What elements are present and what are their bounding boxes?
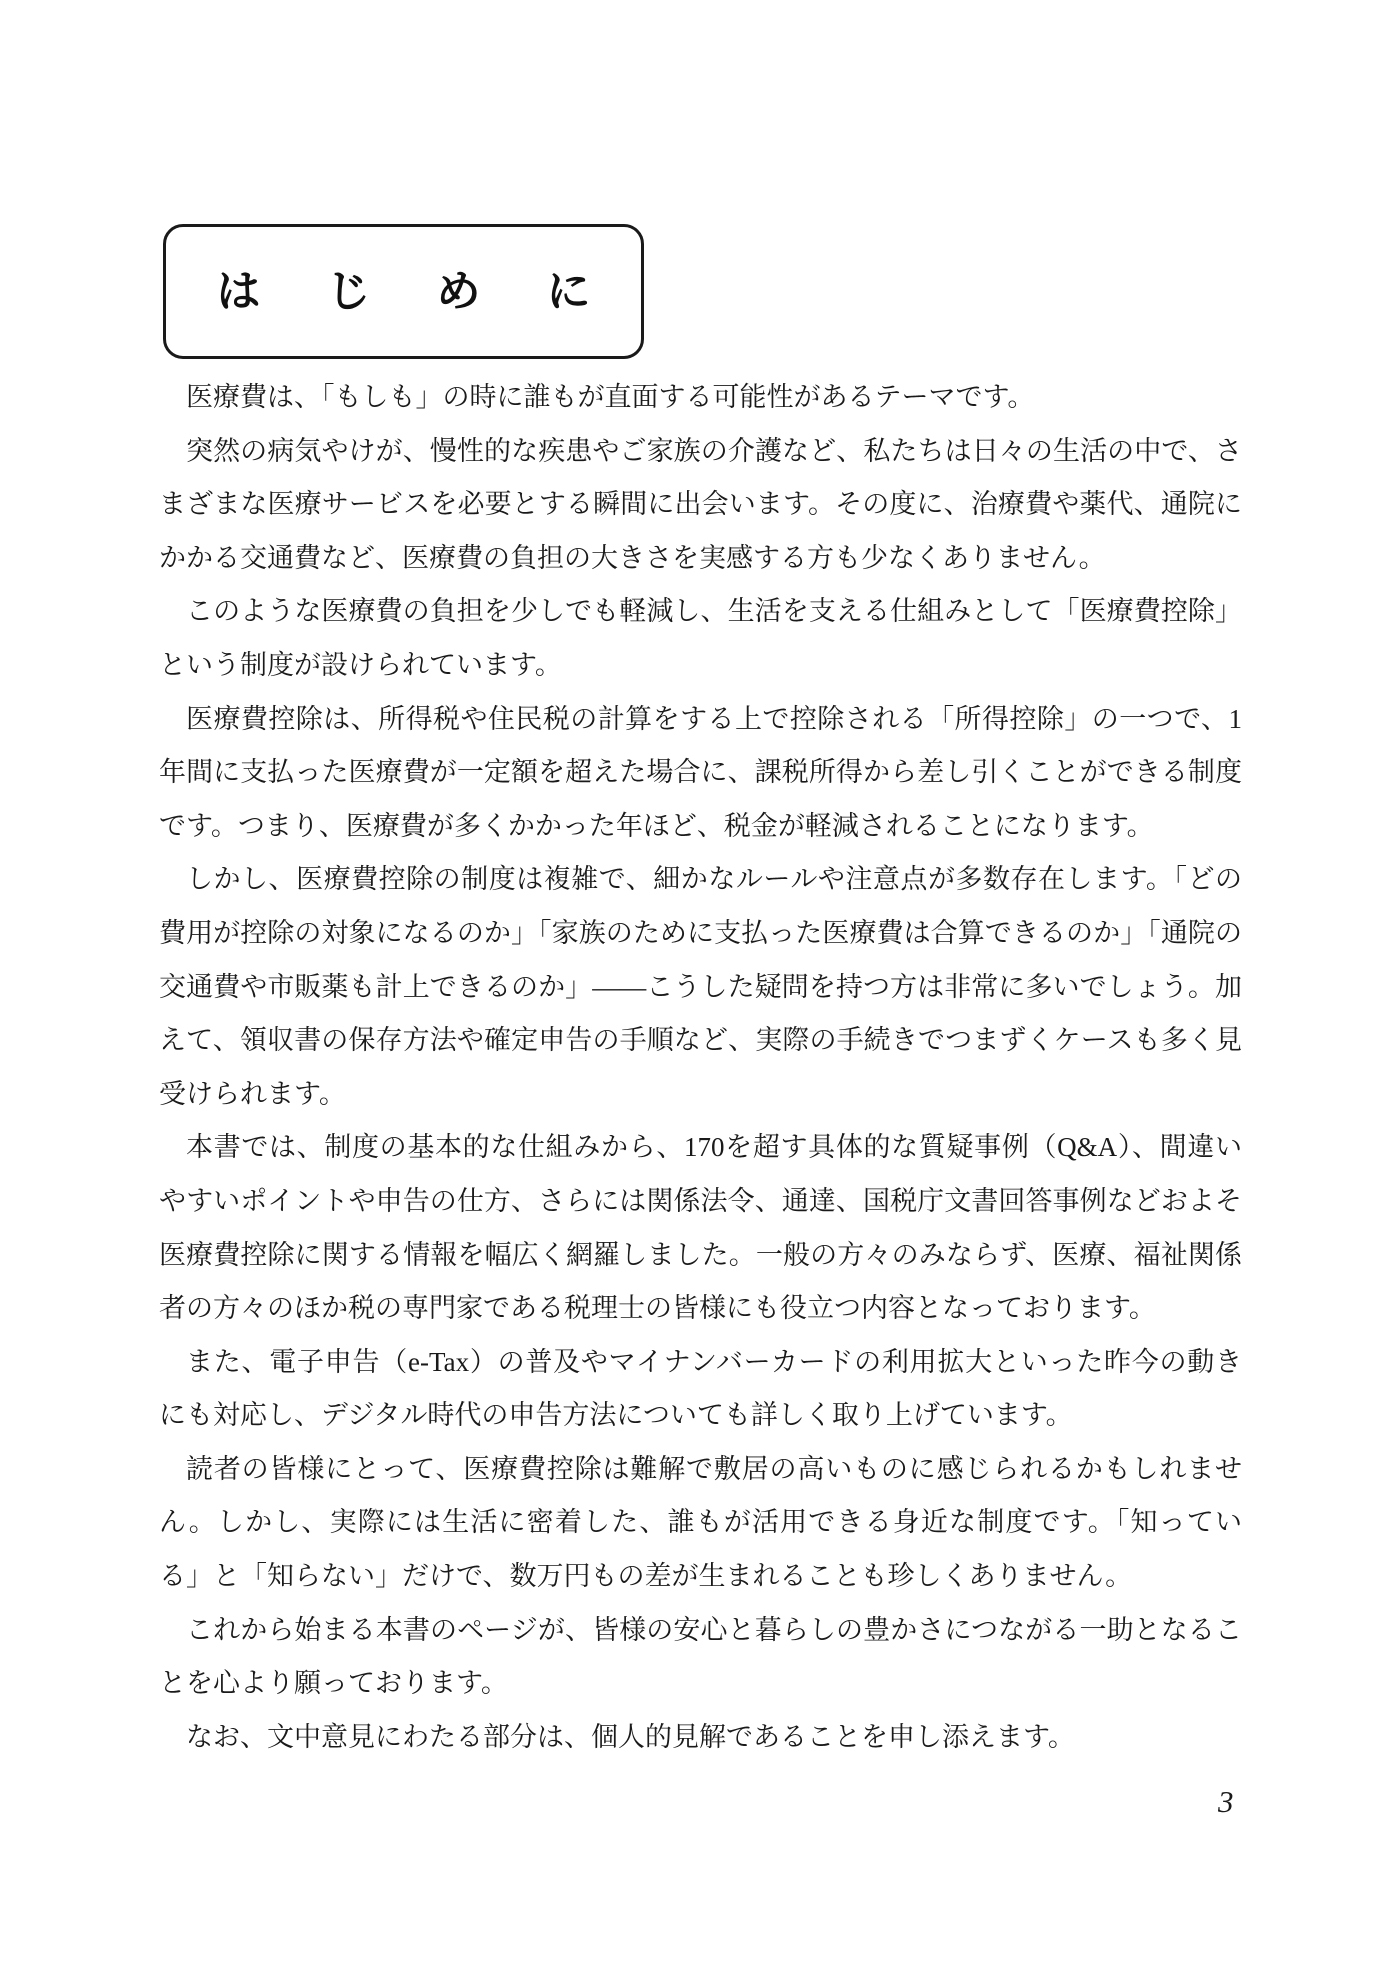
body-text: 医療費は、「もしも」の時に誰もが直面する可能性があるテーマです。突然の病気やけが…	[159, 371, 1242, 1764]
title-box: はじめに	[163, 224, 644, 359]
text-line: まざまな医療サービスを必要とする瞬間に出会います。その度に、治療費や薬代、通院に	[159, 478, 1242, 532]
text-line: にも対応し、デジタル時代の申告方法についても詳しく取り上げています。	[159, 1389, 1242, 1443]
title-char: に	[547, 270, 591, 314]
text-line: 者の方々のほか税の専門家である税理士の皆様にも役立つ内容となっております。	[159, 1282, 1242, 1336]
text-line: しかし、医療費控除の制度は複雑で、細かなルールや注意点が多数存在します。「どの	[159, 853, 1242, 907]
text-line: ん。しかし、実際には生活に密着した、誰もが活用できる身近な制度です。「知ってい	[159, 1496, 1242, 1550]
text-line: 突然の病気やけが、慢性的な疾患やご家族の介護など、私たちは日々の生活の中で、さ	[159, 425, 1242, 479]
text-line: かかる交通費など、医療費の負担の大きさを実感する方も少なくありません。	[159, 532, 1242, 586]
title-char: め	[437, 270, 481, 314]
page-title: はじめに	[217, 270, 591, 314]
text-line: 医療費は、「もしも」の時に誰もが直面する可能性があるテーマです。	[159, 371, 1242, 425]
text-line: 本書では、制度の基本的な仕組みから、170を超す具体的な質疑事例（Q&A）、間違…	[159, 1121, 1242, 1175]
text-line: 費用が控除の対象になるのか」「家族のために支払った医療費は合算できるのか」「通院…	[159, 907, 1242, 961]
text-line: やすいポイントや申告の仕方、さらには関係法令、通達、国税庁文書回答事例などおよそ	[159, 1175, 1242, 1229]
text-line: また、電子申告（e-Tax）の普及やマイナンバーカードの利用拡大といった昨今の動…	[159, 1336, 1242, 1390]
text-line: 年間に支払った医療費が一定額を超えた場合に、課税所得から差し引くことができる制度	[159, 746, 1242, 800]
title-char: は	[217, 270, 261, 314]
book-page: はじめに 医療費は、「もしも」の時に誰もが直面する可能性があるテーマです。突然の…	[0, 0, 1400, 1977]
text-line: る」と「知らない」だけで、数万円もの差が生まれることも珍しくありません。	[159, 1550, 1242, 1604]
text-line: という制度が設けられています。	[159, 639, 1242, 693]
text-line: 医療費控除は、所得税や住民税の計算をする上で控除される「所得控除」の一つで、1	[159, 693, 1242, 747]
text-line: です。つまり、医療費が多くかかった年ほど、税金が軽減されることになります。	[159, 800, 1242, 854]
text-line: これから始まる本書のページが、皆様の安心と暮らしの豊かさにつながる一助となるこ	[159, 1604, 1242, 1658]
text-line: このような医療費の負担を少しでも軽減し、生活を支える仕組みとして「医療費控除」	[159, 585, 1242, 639]
text-line: なお、文中意見にわたる部分は、個人的見解であることを申し添えます。	[159, 1711, 1242, 1765]
text-line: 交通費や市販薬も計上できるのか」――こうした疑問を持つ方は非常に多いでしょう。加	[159, 961, 1242, 1015]
text-line: 読者の皆様にとって、医療費控除は難解で敷居の高いものに感じられるかもしれませ	[159, 1443, 1242, 1497]
text-line: 医療費控除に関する情報を幅広く網羅しました。一般の方々のみならず、医療、福祉関係	[159, 1229, 1242, 1283]
text-line: えて、領収書の保存方法や確定申告の手順など、実際の手続きでつまずくケースも多く見	[159, 1014, 1242, 1068]
text-line: 受けられます。	[159, 1068, 1242, 1122]
page-number: 3	[1218, 1784, 1234, 1820]
text-line: とを心より願っております。	[159, 1657, 1242, 1711]
title-char: じ	[327, 270, 371, 314]
